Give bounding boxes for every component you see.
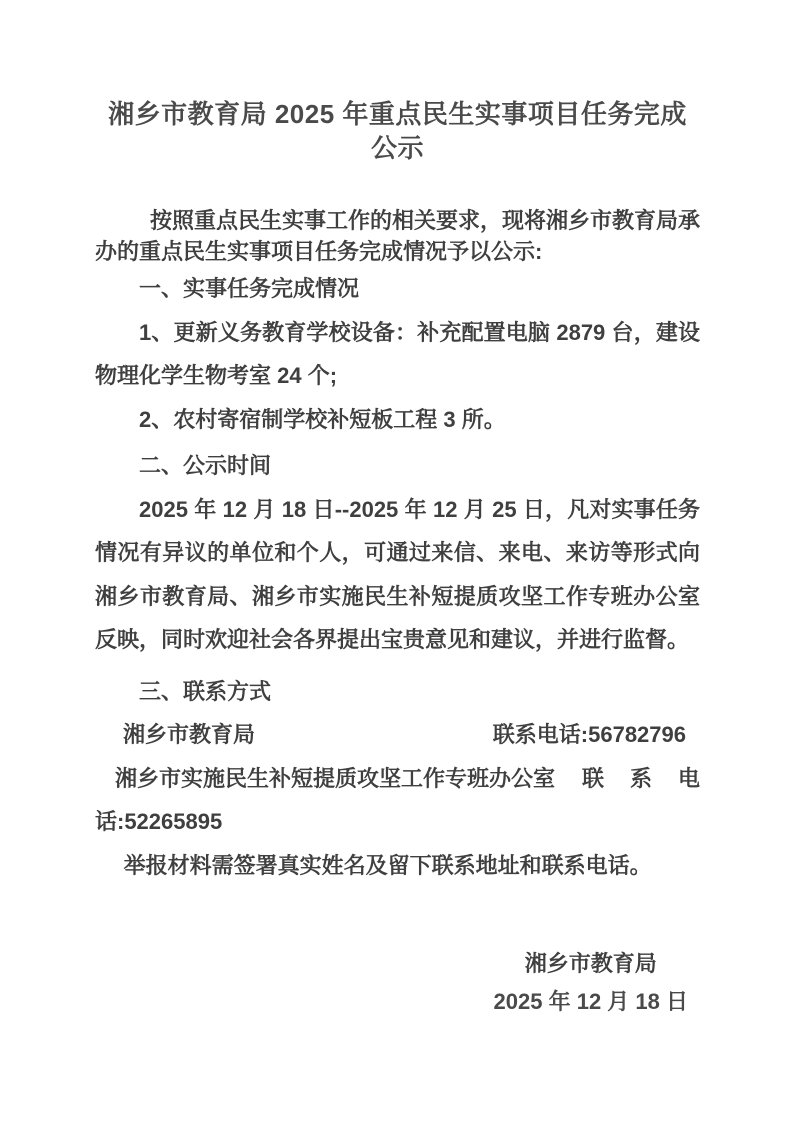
signature-date: 2025 年 12 月 18 日: [494, 983, 688, 1021]
section-publicity-period: 二、公示时间 2025 年 12 月 18 日--2025 年 12 月 25 …: [95, 444, 700, 662]
section2-line-4: 反映，同时欢迎社会各界提出宝贵意见和建议，并进行监督。: [95, 618, 700, 662]
document-page: 湘乡市教育局 2025 年重点民生实事项目任务完成公示 按照重点民生实事工作的相…: [0, 0, 794, 1122]
contact2-phone-wrapped-part1: 联系电: [582, 757, 726, 801]
document-title: 湘乡市教育局 2025 年重点民生实事项目任务完成公示: [95, 97, 700, 165]
section2-heading: 二、公示时间: [95, 444, 700, 488]
section-task-completion: 一、实事任务完成情况 1、更新义务教育学校设备：补充配置电脑 2879 台，建设…: [95, 267, 700, 441]
section2-line-1: 2025 年 12 月 18 日--2025 年 12 月 25 日，凡对实事任…: [95, 488, 700, 532]
contact2-phone-wrapped-part2: 话:52265895: [95, 800, 700, 844]
section2-line-3: 湘乡市教育局、湘乡市实施民生补短提质攻坚工作专班办公室: [95, 575, 700, 619]
contact-row-education-bureau: 湘乡市教育局 联系电话:56782796: [95, 713, 700, 757]
document-content: 湘乡市教育局 2025 年重点民生实事项目任务完成公示 按照重点民生实事工作的相…: [0, 0, 794, 887]
signature-block: 湘乡市教育局 2025 年 12 月 18 日: [494, 945, 688, 1021]
contact2-name: 湘乡市实施民生补短提质攻坚工作专班办公室: [95, 757, 555, 801]
contact1-phone: 联系电话:56782796: [493, 713, 686, 757]
section2-line-2: 情况有异议的单位和个人，可通过来信、来电、来访等形式向: [95, 531, 700, 575]
contact-row-task-office: 湘乡市实施民生补短提质攻坚工作专班办公室 联系电: [95, 757, 700, 801]
section1-item2: 2、农村寄宿制学校补短板工程 3 所。: [95, 398, 700, 442]
section3-heading: 三、联系方式: [95, 670, 700, 714]
intro-line-1: 按照重点民生实事工作的相关要求，现将湘乡市教育局承: [95, 205, 700, 236]
section1-item1-line2: 物理化学生物考室 24 个;: [95, 354, 700, 398]
intro-paragraph: 按照重点民生实事工作的相关要求，现将湘乡市教育局承 办的重点民生实事项目任务完成…: [95, 205, 700, 267]
report-requirement-note: 举报材料需签署真实姓名及留下联系地址和联系电话。: [95, 844, 700, 888]
contact1-name: 湘乡市教育局: [95, 713, 255, 757]
section1-item1-line1: 1、更新义务教育学校设备：补充配置电脑 2879 台，建设: [95, 311, 700, 355]
signature-organization: 湘乡市教育局: [525, 945, 657, 983]
section-contact-info: 三、联系方式 湘乡市教育局 联系电话:56782796 湘乡市实施民生补短提质攻…: [95, 670, 700, 888]
intro-line-2: 办的重点民生实事项目任务完成情况予以公示:: [95, 236, 700, 267]
section1-heading: 一、实事任务完成情况: [95, 267, 700, 311]
